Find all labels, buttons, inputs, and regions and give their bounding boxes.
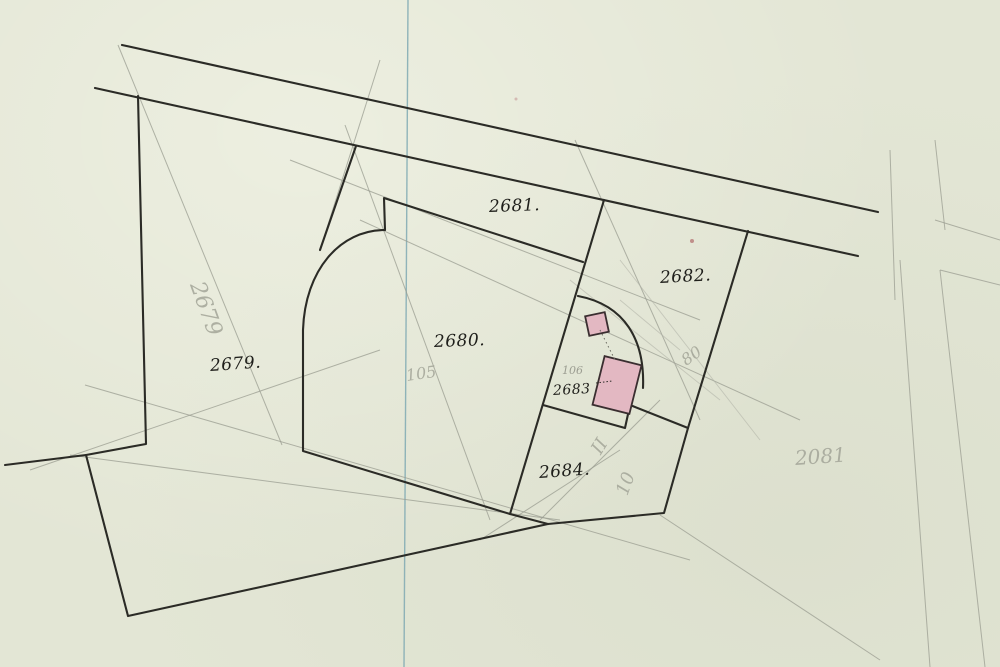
small-building bbox=[585, 312, 609, 336]
parcel-label-2680: 2680. bbox=[434, 330, 486, 352]
grid-line bbox=[404, 0, 408, 667]
main-building bbox=[593, 356, 642, 414]
house-number-label: 106 bbox=[562, 364, 583, 377]
street-lines bbox=[95, 45, 878, 256]
parcel-label-2683: 2683 bbox=[553, 381, 591, 399]
pencil-construction-lines bbox=[30, 45, 1000, 667]
parcel-label-2682: 2682. bbox=[659, 265, 711, 288]
pencil-label-2081: 2081 bbox=[794, 442, 846, 469]
parcel-label-2679: 2679. bbox=[209, 352, 261, 376]
parcel-label-2684: 2684. bbox=[538, 459, 590, 483]
parcel-label-2681: 2681. bbox=[489, 195, 541, 217]
cadastral-map-sheet: 2679. 2680. 2681. 2682. 2683 2684. 106 2… bbox=[0, 0, 1000, 667]
parcel-2679-outline bbox=[5, 96, 548, 616]
map-drawing bbox=[0, 0, 1000, 667]
